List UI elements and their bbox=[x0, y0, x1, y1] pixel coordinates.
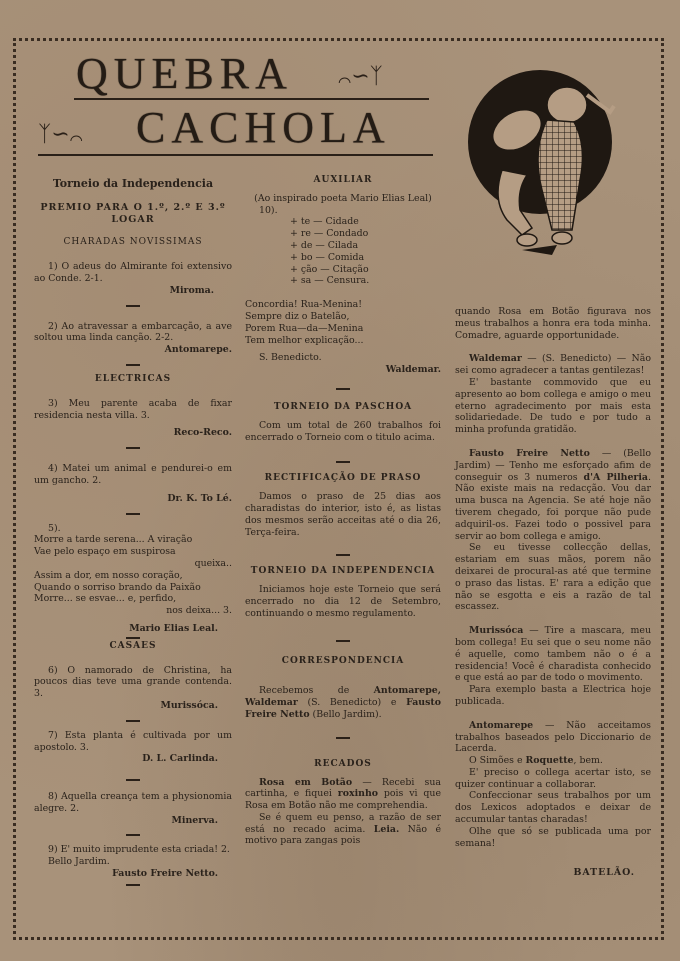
divider bbox=[336, 640, 350, 642]
divider bbox=[336, 554, 350, 556]
charade-5-line: Vae pelo espaço em suspirosa bbox=[34, 546, 232, 558]
auxiliar-list-item: + sa — Censura. bbox=[290, 275, 441, 287]
correspondencia-text: Recebemos de Antomarepe, Waldemar (S. Be… bbox=[245, 685, 441, 720]
auxiliar-verse-line: Porem Rua—da—Menina bbox=[245, 323, 441, 335]
recado-antomarepe: Antomarepe — Não acceitamos trabalhos ba… bbox=[455, 720, 651, 755]
charade-1-author: Miroma. bbox=[34, 285, 232, 297]
recado-recipient: Antomarepe bbox=[469, 720, 533, 731]
section-title-casaes: CASAES bbox=[34, 641, 232, 653]
recado-emphasis: d'A Pilheria bbox=[584, 472, 648, 483]
auxiliar-list-item: + ção — Citação bbox=[290, 264, 441, 276]
recado-rosa-continued: Se é quem eu penso, a razão de ser está … bbox=[245, 812, 441, 847]
recado-recipient: Waldemar bbox=[469, 353, 522, 364]
dancing-figures-illustration bbox=[462, 60, 622, 260]
recado-fausto-continued: Se eu tivesse collecção dellas, estariam… bbox=[455, 542, 651, 613]
section-title-recados: RECADOS bbox=[245, 759, 441, 771]
charade-7-text: 7) Esta planta é cultivada por um aposto… bbox=[34, 730, 232, 754]
charade-9-place: Bello Jardim. bbox=[34, 856, 232, 868]
charade-9-author: Fausto Freire Netto. bbox=[34, 868, 232, 880]
section-title-auxiliar: AUXILIAR bbox=[245, 175, 441, 187]
charade-2-text: 2) Ao atravessar a embarcação, a ave sol… bbox=[34, 321, 232, 345]
masthead-title-quebra: QUEBRA bbox=[76, 52, 293, 96]
section-title-praso: RECTIFICAÇÃO DE PRASO bbox=[245, 473, 441, 485]
section-title-correspondencia: CORRESPONDENCIA bbox=[245, 656, 441, 668]
recado-emphasis: roxinho bbox=[338, 788, 378, 799]
masthead-rule-top bbox=[74, 98, 429, 100]
charade-5-number: 5). bbox=[34, 523, 232, 535]
charade-5-line: Quando o sorriso brando da Paixão bbox=[34, 582, 232, 594]
editor-signature: BATELÃO. bbox=[455, 867, 651, 879]
recado-text: , bem. bbox=[574, 755, 603, 766]
charade-5-line: nos deixa... 3. bbox=[34, 605, 232, 617]
charade-9-text: 9) E' muito imprudente esta criada! 2. bbox=[34, 844, 232, 856]
auxiliar-number: 10). bbox=[245, 205, 441, 217]
divider bbox=[126, 720, 140, 722]
divider bbox=[126, 779, 140, 781]
recado-fausto: Fausto Freire Netto — (Bello Jardim) — T… bbox=[455, 448, 651, 542]
charade-3-text: 3) Meu parente acaba de fixar residencia… bbox=[34, 398, 232, 422]
auxiliar-place: S. Benedicto. bbox=[245, 352, 441, 364]
charade-5-author: Mario Elias Leal. bbox=[34, 623, 232, 635]
charade-5-line: queixa.. bbox=[34, 558, 232, 570]
auxiliar-verse-line: Sempre diz o Batelão, bbox=[245, 311, 441, 323]
recado-recipient: Murissóca bbox=[469, 625, 523, 636]
recado-waldemar-continued: E' bastante commovido que eu apresento a… bbox=[455, 377, 651, 436]
auxiliar-dedication: (Ao inspirado poeta Mario Elias Leal) bbox=[245, 193, 441, 205]
charade-5-line: Morre a tarde serena... A viração bbox=[34, 534, 232, 546]
charade-5-line: Assim a dor, em nosso coração, bbox=[34, 570, 232, 582]
charade-4-author: Dr. K. To Lé. bbox=[34, 493, 232, 505]
recado-rosa: Rosa em Botão — Recebi sua cartinha, e f… bbox=[245, 777, 441, 812]
charade-5-line: Morre... se esvae... e, perfido, bbox=[34, 593, 232, 605]
recado-antomarepe-line: E' preciso o collega acertar isto, se qu… bbox=[455, 767, 651, 791]
divider bbox=[126, 513, 140, 515]
auxiliar-list-item: + re — Condado bbox=[290, 228, 441, 240]
section-title-independencia: TORNEIO DA INDEPENDENCIA bbox=[245, 566, 441, 578]
column-recados-continued: quando Rosa em Botão figurava nos meus t… bbox=[455, 306, 651, 879]
recado-waldemar: Waldemar — (S. Benedicto) — Não sei como… bbox=[455, 353, 651, 377]
charade-7-author: D. L. Carlinda. bbox=[34, 753, 232, 765]
charade-2-author: Antomarepe. bbox=[34, 344, 232, 356]
divider bbox=[126, 884, 140, 886]
charade-3-author: Reco-Reco. bbox=[34, 427, 232, 439]
divider bbox=[336, 461, 350, 463]
masthead-rule-bottom bbox=[38, 154, 433, 156]
column-charadas: Torneio da Independencia PREMIO PARA O 1… bbox=[34, 178, 232, 890]
charade-8-author: Minerva. bbox=[34, 815, 232, 827]
auxiliar-list-item: + de — Cilada bbox=[290, 240, 441, 252]
divider bbox=[126, 305, 140, 307]
charade-6-text: 6) O namorado de Christina, ha poucos di… bbox=[34, 665, 232, 700]
masthead: QUEBRA ⌒∽ᛉ CACHOLA ᛉ∽⌒ bbox=[38, 48, 438, 168]
divider bbox=[126, 447, 140, 449]
auxiliar-list-item: + te — Cidade bbox=[290, 216, 441, 228]
independencia-text: Iniciamos hoje este Torneio que será enc… bbox=[245, 584, 441, 619]
divider bbox=[336, 388, 350, 390]
column-news: AUXILIAR (Ao inspirado poeta Mario Elias… bbox=[245, 175, 441, 847]
divider bbox=[126, 364, 140, 366]
section-title-novissimas: CHARADAS NOVISSIMAS bbox=[34, 237, 232, 249]
auxiliar-list-item: + bo — Comida bbox=[290, 252, 441, 264]
auxiliar-verse-line: Tem melhor explicação... bbox=[245, 335, 441, 347]
section-title-electricas: ELECTRICAS bbox=[34, 374, 232, 386]
auxiliar-verse-line: Concordia! Rua-Menina! bbox=[245, 299, 441, 311]
recado-emphasis: Leia. bbox=[374, 824, 399, 835]
recado-antomarepe-line: Olhe que só se publicada uma por semana! bbox=[455, 826, 651, 850]
section-title-torneio: Torneio da Independencia bbox=[34, 178, 232, 190]
correspondencia-post: (Bello Jardim). bbox=[310, 709, 382, 720]
prize-heading: PREMIO PARA O 1.º, 2.º E 3.º LOGAR bbox=[34, 202, 232, 226]
masthead-title-cachola: CACHOLA bbox=[136, 106, 391, 150]
correspondencia-mid: (S. Benedicto) e bbox=[298, 697, 406, 708]
charade-4-text: 4) Matei um animal e pendurei-o em um ga… bbox=[34, 463, 232, 487]
recado-antomarepe-line: O Simões e Roquette, bem. bbox=[455, 755, 651, 767]
flourish-right-icon: ⌒∽ᛉ bbox=[338, 66, 383, 88]
flourish-left-icon: ᛉ∽⌒ bbox=[38, 124, 83, 146]
auxiliar-list: + te — Cidade + re — Condado + de — Cila… bbox=[290, 216, 441, 287]
charade-6-author: Murissóca. bbox=[34, 700, 232, 712]
recado-emphasis: Roquette bbox=[526, 755, 574, 766]
recado-text: O Simões e bbox=[469, 755, 526, 766]
praso-text: Damos o praso de 25 dias aos charadistas… bbox=[245, 491, 441, 538]
recado-continuation: quando Rosa em Botão figurava nos meus t… bbox=[455, 306, 651, 341]
charade-1-text: 1) O adeus do Almirante foi extensivo ao… bbox=[34, 261, 232, 285]
divider bbox=[126, 637, 140, 639]
auxiliar-author: Waldemar. bbox=[245, 364, 441, 376]
recado-murissoca-continued: Para exemplo basta a Electrica hoje publ… bbox=[455, 684, 651, 708]
recado-antomarepe-line: Confeccionar seus trabalhos por um dos L… bbox=[455, 790, 651, 825]
dancers-icon bbox=[462, 60, 622, 260]
charade-8-text: 8) Aquella creança tem a physionomia ale… bbox=[34, 791, 232, 815]
correspondencia-pre: Recebemos de bbox=[259, 685, 374, 696]
divider bbox=[126, 834, 140, 836]
recado-recipient: Fausto Freire Netto bbox=[469, 448, 590, 459]
recado-recipient: Rosa em Botão bbox=[259, 777, 352, 788]
section-title-paschoa: TORNEIO DA PASCHOA bbox=[245, 402, 441, 414]
divider bbox=[336, 737, 350, 739]
paschoa-text: Com um total de 260 trabalhos foi encerr… bbox=[245, 420, 441, 444]
recado-murissoca: Murissóca — Tire a mascara, meu bom coll… bbox=[455, 625, 651, 684]
